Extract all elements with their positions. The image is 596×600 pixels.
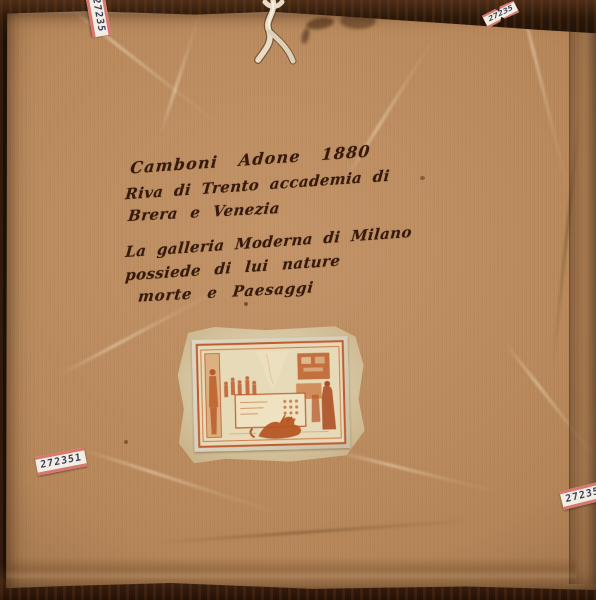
inscription-line-4: La galleria Moderna di Milano bbox=[125, 225, 413, 260]
torn-label-backing bbox=[177, 324, 365, 463]
paper-bottom-fold bbox=[6, 558, 576, 578]
handwritten-inscription: Camboni Adone 1880 Riva di Trento accade… bbox=[122, 142, 382, 312]
price-tag-number: 27235 bbox=[90, 0, 106, 33]
engraving-print bbox=[196, 340, 347, 448]
inscription-line-6: morte e Paesaggi bbox=[137, 280, 314, 304]
engraving-sheet bbox=[192, 336, 351, 452]
inscription-line-3: Brera e Venezia bbox=[127, 201, 280, 224]
engraving-illustration bbox=[198, 342, 345, 446]
price-tag-number: 27235 bbox=[565, 487, 596, 505]
hanging-twine bbox=[235, 0, 335, 78]
photo-artwork-verso: Camboni Adone 1880 Riva di Trento accade… bbox=[0, 0, 596, 600]
